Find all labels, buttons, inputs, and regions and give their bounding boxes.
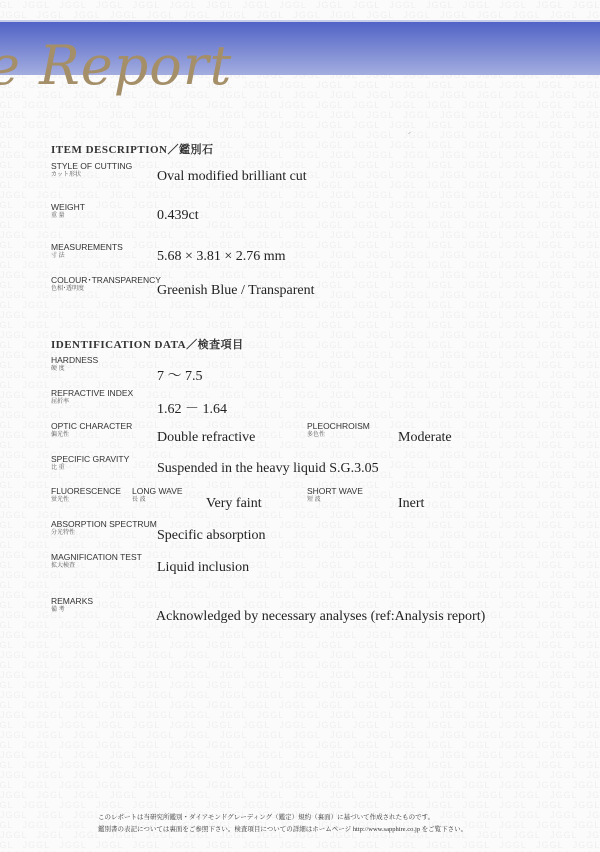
label-jp: 短 波 [307, 496, 363, 505]
style-of-cutting-value: Oval modified brilliant cut [157, 169, 307, 185]
label-jp: 分光特性 [51, 529, 157, 538]
colour-transparency-value: Greenish Blue / Transparent [157, 283, 314, 299]
footer-line-1: このレポートは当研究所鑑別・ダイアモンドグレーディング（鑑定）規約（裏面）に基づ… [98, 812, 467, 824]
label-en: FLUORESCENCE [51, 486, 121, 496]
label-jp: 備 考 [51, 606, 93, 615]
hardness-label: HARDNESS 硬 度 [51, 355, 98, 374]
label-en: MAGNIFICATION TEST [51, 552, 142, 562]
pleochroism-value: Moderate [398, 430, 452, 446]
item-description-title: ITEM DESCRIPTION／鑑別石 [51, 141, 214, 157]
label-en: SHORT WAVE [307, 486, 363, 496]
absorption-spectrum-label: ABSORPTION SPECTRUM 分光特性 [51, 519, 157, 538]
label-en: REFRACTIVE INDEX [51, 388, 133, 398]
footer-notes: このレポートは当研究所鑑別・ダイアモンドグレーディング（鑑定）規約（裏面）に基づ… [98, 812, 467, 836]
label-en: PLEOCHROISM [307, 421, 370, 431]
label-jp: 長 波 [132, 496, 183, 505]
weight-label: WEIGHT 重 量 [51, 202, 85, 221]
label-en: MEASUREMENTS [51, 242, 123, 252]
label-jp: 比 重 [51, 464, 129, 473]
report-content: ITEM DESCRIPTION／鑑別石 STYLE OF CUTTING カッ… [0, 0, 600, 852]
refractive-index-value: 1.62 － 1.64 [157, 398, 227, 418]
magnification-test-label: MAGNIFICATION TEST 拡大検査 [51, 552, 142, 571]
optic-character-label: OPTIC CHARACTER 偏光性 [51, 421, 132, 440]
identification-data-title: IDENTIFICATION DATA／検査項目 [51, 336, 244, 352]
magnification-test-value: Liquid inclusion [157, 560, 249, 576]
absorption-spectrum-value: Specific absorption [157, 528, 265, 544]
label-en: HARDNESS [51, 355, 98, 365]
label-jp: 寸 法 [51, 252, 123, 261]
style-of-cutting-label: STYLE OF CUTTING カット形状 [51, 161, 132, 180]
pleochroism-label: PLEOCHROISM 多色性 [307, 421, 370, 440]
measurements-value: 5.68 × 3.81 × 2.76 mm [157, 249, 286, 265]
specific-gravity-value: Suspended in the heavy liquid S.G.3.05 [157, 461, 379, 477]
remarks-value: Acknowledged by necessary analyses (ref:… [156, 609, 485, 625]
label-en: WEIGHT [51, 202, 85, 212]
long-wave-label: LONG WAVE 長 波 [132, 486, 183, 505]
label-en: LONG WAVE [132, 486, 183, 496]
fluorescence-label: FLUORESCENCE 蛍光性 [51, 486, 121, 505]
label-jp: カット形状 [51, 171, 132, 180]
label-jp: 硬 度 [51, 365, 98, 374]
label-en: SPECIFIC GRAVITY [51, 454, 129, 464]
remarks-label: REMARKS 備 考 [51, 596, 93, 615]
label-jp: 蛍光性 [51, 496, 121, 505]
label-jp: 屈折率 [51, 398, 133, 407]
short-wave-value: Inert [398, 496, 424, 512]
speck-mark: ⸍ [408, 130, 411, 138]
label-jp: 多色性 [307, 431, 370, 440]
label-jp: 重 量 [51, 212, 85, 221]
label-en: OPTIC CHARACTER [51, 421, 132, 431]
label-jp: 色相･透明度 [51, 285, 161, 294]
long-wave-value: Very faint [206, 496, 262, 512]
footer-line-2: 鑑別書の表記については裏面をご参照下さい。検査項目についての詳細はホームページ … [98, 824, 467, 836]
label-en: STYLE OF CUTTING [51, 161, 132, 171]
weight-value: 0.439ct [157, 208, 199, 224]
label-en: ABSORPTION SPECTRUM [51, 519, 157, 529]
label-en: REMARKS [51, 596, 93, 606]
short-wave-label: SHORT WAVE 短 波 [307, 486, 363, 505]
label-jp: 偏光性 [51, 431, 132, 440]
optic-character-value: Double refractive [157, 430, 255, 446]
colour-transparency-label: COLOUR･TRANSPARENCY 色相･透明度 [51, 275, 161, 294]
label-jp: 拡大検査 [51, 562, 142, 571]
refractive-index-label: REFRACTIVE INDEX 屈折率 [51, 388, 133, 407]
label-en: COLOUR･TRANSPARENCY [51, 275, 161, 285]
measurements-label: MEASUREMENTS 寸 法 [51, 242, 123, 261]
specific-gravity-label: SPECIFIC GRAVITY 比 重 [51, 454, 129, 473]
hardness-value: 7 ～ 7.5 [157, 365, 203, 385]
